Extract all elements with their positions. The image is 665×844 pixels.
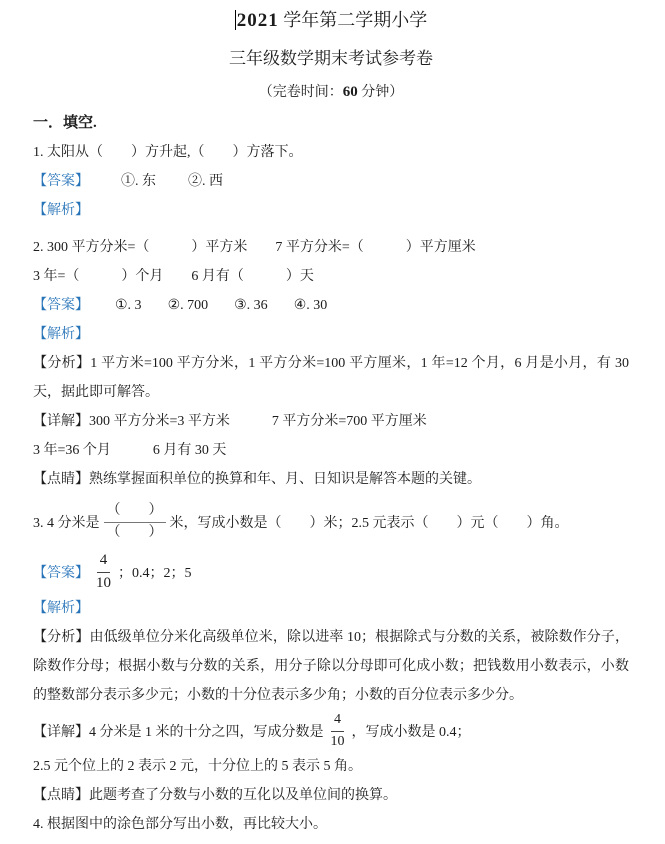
answer-label: 【答案】 — [33, 174, 89, 189]
question-2-text-line1: 2. 300 平方分米=（ ）平方米 7 平方分米=（ ）平方厘米 — [33, 233, 629, 262]
jiexi-label: 【解析】 — [33, 203, 89, 218]
question-2-jiexi-line: 【解析】 — [33, 320, 629, 349]
xiangjie-suffix: ，写成小数是 0.4； — [352, 721, 471, 741]
question-3-answer-line: 【答案】 4 10 ；0.4；2；5 — [33, 550, 629, 594]
jiexi-label: 【解析】 — [33, 327, 89, 342]
question-1-text: 1. 太阳从（ ）方升起,（ ）方落下。 — [33, 138, 629, 167]
xiangjie-fraction: 4 10 — [328, 710, 348, 752]
answer-item: ①. 东 — [121, 174, 156, 189]
xiangjie-label: 【详解】 — [33, 721, 89, 741]
question-1-answer-line: 【答案】①. 东②. 西 — [33, 167, 629, 196]
jiexi-label: 【解析】 — [33, 601, 89, 616]
answer-fraction: 4 10 — [93, 550, 114, 595]
question-2-dianjing: 【点睛】熟练掌握面积单位的换算和年、月、日知识是解答本题的关键。 — [33, 465, 629, 494]
dianjing-label: 【点睛】 — [33, 472, 89, 487]
answer-label: 【答案】 — [33, 562, 89, 582]
question-3-xiangjie-line1: 【详解】 4 分米是 1 米的十分之四，写成分数是 4 10 ，写成小数是 0.… — [33, 710, 629, 752]
exam-document-page: 2021 学年第二学期小学 三年级数学期末考试参考卷 （完卷时间：60 分钟） … — [0, 0, 665, 844]
question-3-text: 3. 4 分米是 （ ） （ ） 米，写成小数是（ ）米；2.5 元表示（ ）元… — [33, 494, 629, 550]
fenxi-text: 1 平方米=100 平方分米，1 平方分米=100 平方厘米，1 年=12 个月… — [33, 356, 629, 400]
fraction-numerator: 4 — [331, 710, 344, 731]
answer-item: ②. 700 — [168, 298, 209, 313]
document-subtitle: 三年级数学期末考试参考卷 — [33, 41, 629, 77]
xiangjie-text: 300 平方分米=3 平方米 7 平方分米=700 平方厘米 — [89, 414, 427, 429]
question-2-fenxi: 【分析】1 平方米=100 平方分米，1 平方分米=100 平方厘米，1 年=1… — [33, 349, 629, 407]
question-3-prefix: 3. 4 分米是 — [33, 512, 100, 532]
answer-item: ③. 36 — [234, 298, 268, 313]
answer-rest: ；0.4；2；5 — [118, 562, 192, 582]
answer-item: ①. 3 — [115, 298, 142, 313]
question-3-jiexi-line: 【解析】 — [33, 594, 629, 623]
question-3-suffix: 米，写成小数是（ ）米；2.5 元表示（ ）元（ ）角。 — [170, 512, 569, 532]
dianjing-text: 此题考查了分数与小数的互化以及单位间的换算。 — [89, 788, 397, 803]
document-title: 2021 学年第二学期小学 — [33, 0, 629, 41]
title-year: 2021 — [237, 10, 279, 31]
xiangjie-prefix: 4 分米是 1 米的十分之四，写成分数是 — [89, 721, 324, 741]
fenxi-label: 【分析】 — [33, 630, 89, 645]
text-cursor — [235, 10, 236, 30]
time-open: （完卷时间： — [259, 85, 343, 100]
time-minutes: 60 — [343, 84, 358, 100]
question-2-xiangjie-line1: 【详解】300 平方分米=3 平方米 7 平方分米=700 平方厘米 — [33, 407, 629, 436]
question-3-fenxi: 【分析】由低级单位分米化高级单位米，除以进率 10；根据除式与分数的关系，被除数… — [33, 623, 629, 710]
question-4-text: 4. 根据图中的涂色部分写出小数，再比较大小。 — [33, 810, 629, 839]
question-2-answer-line: 【答案】①. 3②. 700③. 36④. 30 — [33, 291, 629, 320]
fenxi-label: 【分析】 — [33, 356, 90, 371]
xiangjie-label: 【详解】 — [33, 414, 89, 429]
dianjing-text: 熟练掌握面积单位的换算和年、月、日知识是解答本题的关键。 — [89, 472, 481, 487]
section-heading: 一．填空. — [33, 108, 629, 138]
exam-time-line: （完卷时间：60 分钟） — [33, 77, 629, 108]
time-close: 分钟） — [358, 85, 404, 100]
fraction-numerator: 4 — [97, 550, 111, 573]
fraction-numerator: （ ） — [104, 501, 166, 522]
fraction-denominator: 10 — [93, 573, 114, 595]
title-rest: 学年第二学期小学 — [279, 10, 428, 30]
question-3-xiangjie-line2: 2.5 元个位上的 2 表示 2 元，十分位上的 5 表示 5 角。 — [33, 752, 629, 781]
dianjing-label: 【点睛】 — [33, 788, 89, 803]
fenxi-text: 由低级单位分米化高级单位米，除以进率 10；根据除式与分数的关系，被除数作分子，… — [33, 630, 629, 703]
fraction-denominator: 10 — [328, 732, 348, 752]
question-3-dianjing: 【点睛】此题考查了分数与小数的互化以及单位间的换算。 — [33, 781, 629, 810]
question-2-xiangjie-line2: 3 年=36 个月 6 月有 30 天 — [33, 436, 629, 465]
answer-item: ②. 西 — [188, 174, 223, 189]
question-1-jiexi-line: 【解析】 — [33, 196, 629, 225]
blank-fraction: （ ） （ ） — [104, 501, 166, 543]
answer-item: ④. 30 — [294, 298, 328, 313]
fraction-denominator: （ ） — [104, 523, 166, 543]
question-2-text-line2: 3 年=（ ）个月 6 月有（ ）天 — [33, 262, 629, 291]
answer-label: 【答案】 — [33, 298, 89, 313]
